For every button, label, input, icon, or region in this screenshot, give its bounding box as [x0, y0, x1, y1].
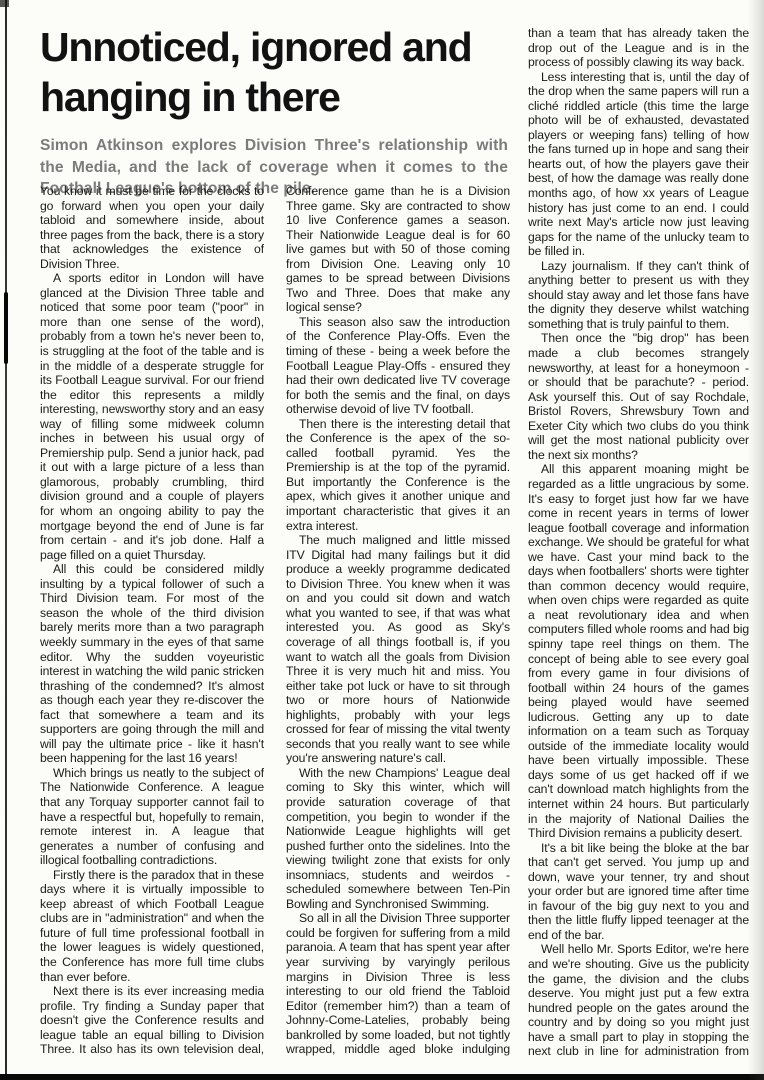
paragraph: A sports editor in London will have glan… — [40, 271, 264, 562]
scan-corner-mark — [0, 0, 9, 7]
paragraph: All this could be considered mildly insu… — [40, 562, 264, 766]
paragraph: Which brings us neatly to the subject of… — [40, 766, 264, 868]
scan-edge-mark-left — [4, 292, 8, 364]
paragraph: Well hello Mr. Sports Editor, we're here… — [528, 942, 749, 1058]
paragraph: This season also saw the introduction of… — [286, 315, 510, 417]
paragraph: Conference game than he is a Division Th… — [286, 184, 510, 315]
paragraph: It's a bit like being the bloke at the b… — [528, 841, 749, 943]
scan-right-page-shadow — [748, 0, 764, 1080]
paragraph: Firstly there is the paradox that in the… — [40, 868, 264, 984]
paragraph: The much maligned and little missed ITV … — [286, 533, 510, 766]
paragraph: All this apparent moaning might be regar… — [528, 462, 749, 840]
article-column-2: Conference game than he is a Division Th… — [286, 184, 510, 1058]
scan-edge-line-left — [5, 0, 7, 1080]
paragraph: With the new Champions' League deal comi… — [286, 766, 510, 911]
paragraph: You know it must be time for the clocks … — [40, 184, 264, 271]
article-column-1: You know it must be time for the clocks … — [40, 184, 264, 1058]
paragraph: Then once the "big drop" has been made a… — [528, 331, 749, 462]
paragraph: So all in all the Division Three support… — [286, 911, 510, 1058]
article-header: Unnoticed, ignored and hanging in there … — [40, 22, 508, 200]
page-title: Unnoticed, ignored and hanging in there — [40, 22, 508, 122]
paragraph: Next there is its ever increasing media … — [40, 984, 264, 1058]
paragraph: Lazy journalism. If they can't think of … — [528, 259, 749, 332]
article-column-3: than a team that has already taken the d… — [528, 26, 749, 1058]
scan-edge-line-bottom — [0, 1074, 764, 1080]
paragraph: Less interesting that is, until the day … — [528, 70, 749, 259]
paragraph: Then there is the interesting detail tha… — [286, 417, 510, 533]
paragraph: than a team that has already taken the d… — [528, 26, 749, 70]
